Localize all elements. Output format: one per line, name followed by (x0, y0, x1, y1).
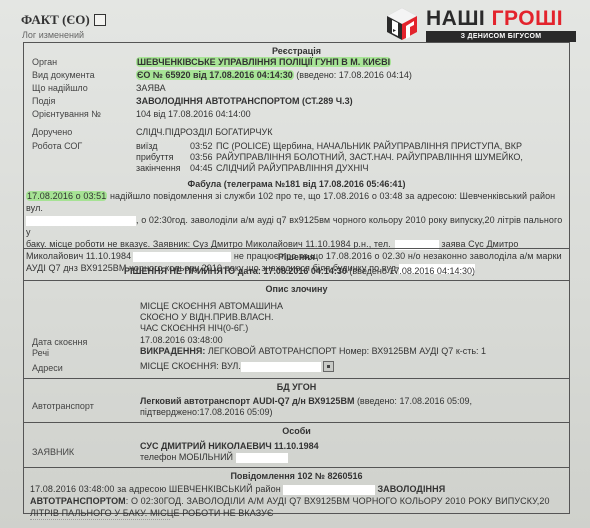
applicant-phone: телефон МОБІЛЬНИЙ (140, 452, 288, 463)
value-vehicle: Легковий автотранспорт AUDI-Q7 д/н ВХ912… (140, 396, 472, 406)
sog-stage-arrival: прибуття (136, 152, 173, 162)
value-crime-date: 17.08.2016 03:48:00 (140, 335, 223, 345)
value-address: МІСЦЕ СКОЄННЯ: ВУЛ. (140, 361, 334, 372)
decision-value: РІШЕННЯ НЕ ПРИЙНЯТО дата: 17.08.2016 04:… (124, 266, 475, 276)
record-sheet: Реєстрація Орган ШЕВЧЕНКІВСЬКЕ УПРАВЛІНН… (23, 42, 570, 514)
decision-date: дата: 17.08.2016 04:14:30 (235, 266, 347, 276)
report102-line-2-rest: : О 02:30ГОД. ЗАВОЛОДІЛИ А/М АУДІ Q7 ВХ9… (126, 496, 550, 506)
report102-line-2-bold: АВТОТРАНСПОРТОМ (30, 496, 126, 506)
footer-print-mark (30, 519, 170, 523)
items-desc: ЛЕГКОВОЙ АВТОТРАНСПОРТ Номер: ВХ9125ВМ А… (205, 346, 486, 356)
label-sog-work: Робота СОГ (32, 141, 82, 151)
nashi-groshi-logo: НАШІ ГРОШІ З ДЕНИСОМ БІГУСОМ (380, 4, 580, 44)
value-doc-type: ЄО № 65920 від 17.08.2016 04:14:30 (введ… (136, 70, 412, 80)
address-text: МІСЦЕ СКОЄННЯ: ВУЛ. (140, 361, 241, 371)
divider (24, 280, 569, 281)
label-crime-date: Дата скоєння (32, 337, 87, 347)
value-event: ЗАВОЛОДІННЯ АВТОТРАНСПОРТОМ (СТ.289 Ч.3) (136, 96, 353, 106)
label-vehicle: Автотранспорт (32, 401, 94, 411)
change-log-link[interactable]: Лог изменений (22, 30, 84, 40)
report102-line-2: АВТОТРАНСПОРТОМ: О 02:30ГОД. ЗАВОЛОДІЛИ … (30, 495, 565, 507)
sog-time-departure: 03:52 (190, 141, 213, 151)
report102-line-3: ЛІТРІВ ПАЛЬНОГО У БАКУ. МІСЦЕ РОБОТИ НЕ … (30, 507, 565, 519)
applicant-name: СУС ДМИТРИЙ НИКОЛАЕВИЧ 11.10.1984 (140, 441, 319, 451)
sog-stage-end: закінчення (136, 163, 181, 173)
report102-line-1-a: 17.08.2016 03:48:00 за адресою ШЕВЧЕНКІВ… (30, 484, 281, 494)
fact-title-text: ФАКТ (ЄО) (21, 12, 90, 28)
sog-text-end: СЛІДЧИЙ РАЙУПРАВЛІННЯ ДУХНІЧ (216, 163, 369, 173)
logo-word2: ГРОШІ (492, 7, 563, 30)
decision-entered: (введено 17.08.2016 04:14:30) (347, 266, 475, 276)
divider (24, 422, 569, 423)
crime-place-line-3: ЧАС СКОЄННЯ НІЧ(0-6Г.) (140, 323, 248, 333)
label-items: Речі (32, 348, 49, 358)
label-orientation: Орієнтування № (32, 109, 101, 119)
phone-label: телефон МОБІЛЬНИЙ (140, 452, 233, 462)
section-decision-title: Рішення (24, 252, 569, 262)
logo-word1: НАШІ (426, 7, 485, 30)
vehicle-desc: Легковий автотранспорт AUDI-Q7 д/н ВХ912… (140, 396, 354, 406)
redacted-block (241, 362, 321, 372)
value-received: ЗАЯВА (136, 83, 166, 93)
label-received: Що надійшло (32, 83, 88, 93)
value-organ: ШЕВЧЕНКІВСЬКЕ УПРАВЛІННЯ ПОЛІЦІЇ ГУНП В … (136, 57, 391, 67)
section-report102-title: Повідомлення 102 № 8260516 (24, 471, 569, 481)
sog-time-end: 04:45 (190, 163, 213, 173)
crime-place-line-2: СКОЄНО У ВІДН.ПРИВ.ВЛАСН. (140, 312, 273, 322)
label-organ: Орган (32, 57, 57, 67)
sog-text-arrival: РАЙУПРАВЛІННЯ БОЛОТНИЙ, ЗАСТ.НАЧ. РАЙУПР… (216, 152, 523, 162)
value-assigned: СЛІДЧ.ПІДРОЗДІЛ БОГАТИРЧУК (136, 127, 273, 137)
divider (24, 378, 569, 379)
redacted-block (283, 485, 375, 495)
fact-title: ФАКТ (ЄО) (21, 12, 106, 28)
fabula-report-time: 17.08.2016 о 03:51 (26, 191, 107, 201)
fabula-line-2: , о 02:30год. заволоділи а/м ауді q7 вх9… (26, 214, 566, 238)
redacted-block (26, 216, 136, 226)
label-addresses: Адреси (32, 363, 63, 373)
section-registration-title: Реєстрація (24, 46, 569, 56)
redacted-block (236, 453, 288, 463)
sog-stage-departure: виїзд (136, 141, 158, 151)
decision-status: РІШЕННЯ НЕ ПРИЙНЯТО (124, 266, 235, 276)
divider (24, 248, 569, 249)
report102-line-1: 17.08.2016 03:48:00 за адресою ШЕВЧЕНКІВ… (30, 483, 565, 495)
document-page: ФАКТ (ЄО) Лог изменений НАШІ ГРОШІ З ДЕН… (0, 0, 590, 528)
value-doc-type-number: ЄО № 65920 від 17.08.2016 04:14:30 (136, 70, 294, 80)
label-assigned: Доручено (32, 127, 72, 137)
section-theft-db-title: БД УГОН (24, 382, 569, 392)
sog-time-arrival: 03:56 (190, 152, 213, 162)
sog-text-departure: ПС (POLICE) Щербина, НАЧАЛЬНИК РАЙУПРАВЛ… (216, 141, 522, 151)
crime-place-line-1: МІСЦЕ СКОЄННЯ АВТОМАШИНА (140, 301, 283, 311)
vehicle-entered: (введено: 17.08.2016 05:09, (354, 396, 472, 406)
report102-text: 17.08.2016 03:48:00 за адресою ШЕВЧЕНКІВ… (30, 483, 565, 519)
report102-line-3-text: ЛІТРІВ ПАЛЬНОГО У БАКУ. МІСЦЕ РОБОТИ НЕ … (30, 508, 274, 518)
label-doc-type: Вид документа (32, 70, 95, 80)
section-crime-title: Опис злочину (24, 284, 569, 294)
logo-cube-icon (384, 6, 420, 42)
value-items: ВИКРАДЕННЯ: ЛЕГКОВОЙ АВТОТРАНСПОРТ Номер… (140, 346, 486, 356)
label-applicant: ЗАЯВНИК (32, 447, 74, 457)
fact-checkbox[interactable] (94, 14, 106, 26)
section-persons-title: Особи (24, 426, 569, 436)
logo-title: НАШІ ГРОШІ (426, 7, 563, 31)
value-organ-text: ШЕВЧЕНКІВСЬКЕ УПРАВЛІННЯ ПОЛІЦІЇ ГУНП В … (136, 57, 391, 67)
logo-subtitle: З ДЕНИСОМ БІГУСОМ (426, 31, 576, 42)
fabula-line-1: 17.08.2016 о 03:51 надійшло повідомлення… (26, 190, 566, 214)
divider (24, 467, 569, 468)
items-type: ВИКРАДЕННЯ: (140, 346, 205, 356)
value-doc-type-entered: (введено: 17.08.2016 04:14) (294, 70, 412, 80)
label-event: Подія (32, 96, 55, 106)
value-vehicle-confirmed: підтверджено:17.08.2016 05:09) (140, 407, 273, 417)
value-orientation: 104 від 17.08.2016 04:14:00 (136, 109, 251, 119)
map-icon[interactable] (323, 361, 334, 372)
report102-line-1-b: ЗАВОЛОДІННЯ (375, 484, 445, 494)
section-fabula-title: Фабула (телеграма №181 від 17.08.2016 05… (24, 179, 569, 189)
